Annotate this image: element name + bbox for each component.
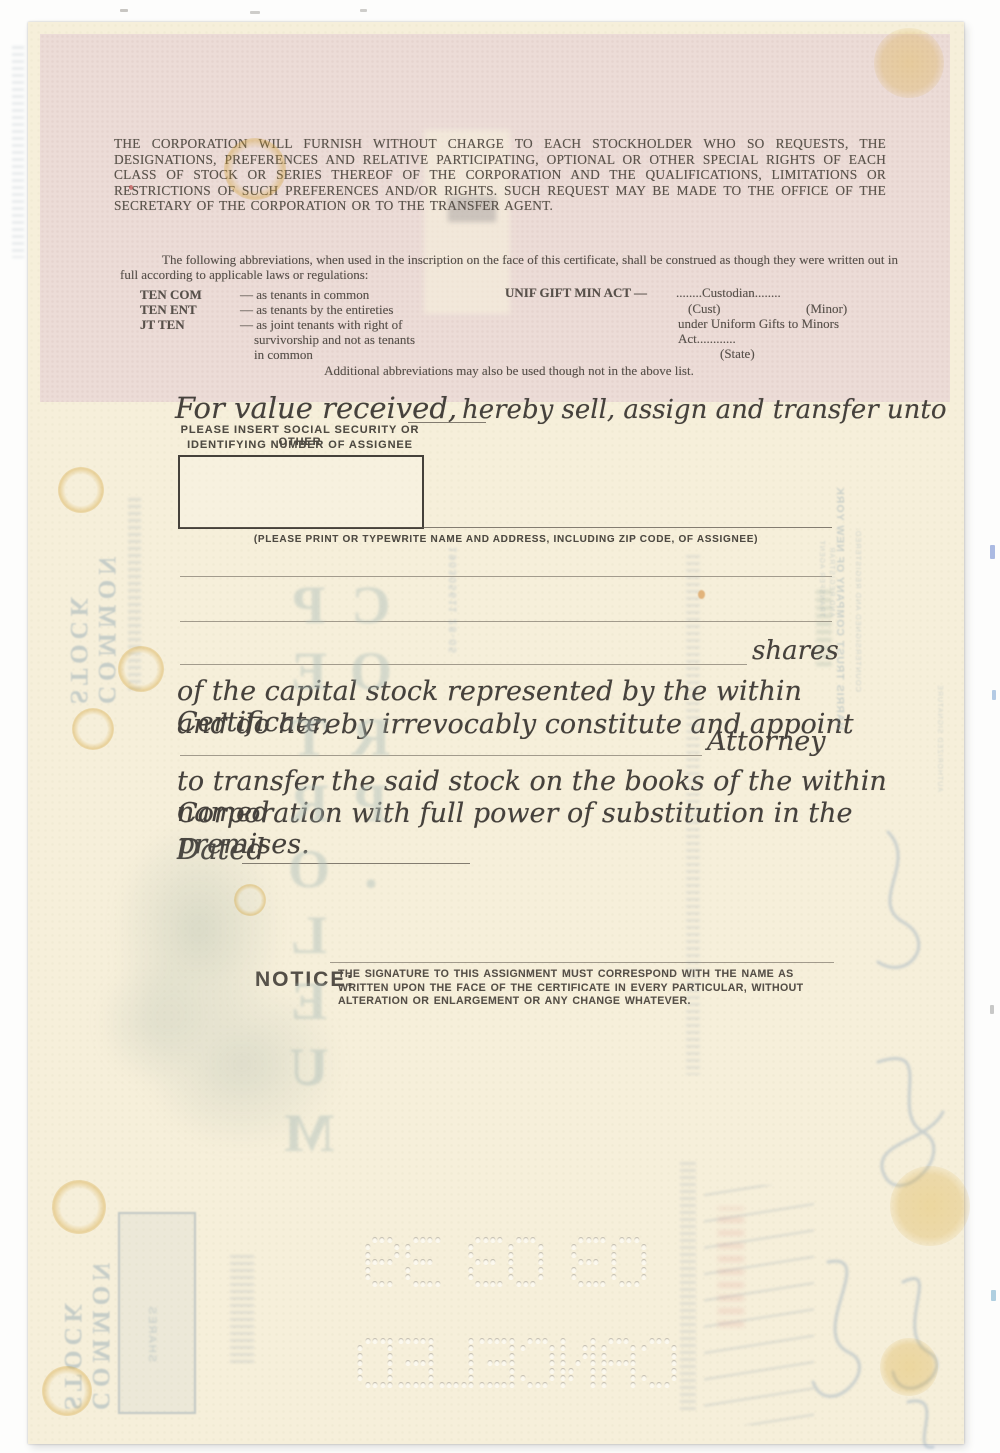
abbrev-term-ten-ent: TEN ENT [140,302,197,317]
unif-gift-label: UNIF GIFT MIN ACT — [505,285,647,300]
scan-background: THE CORPORATION WILL FURNISH WITHOUT CHA… [0,0,1000,1453]
ghost-edge-text-strip [12,46,24,258]
red-speck [129,185,133,190]
certificate-back-paper: THE CORPORATION WILL FURNISH WITHOUT CHA… [28,22,964,1444]
ghost-legal-column-2 [680,1162,696,1412]
orange-speck [698,590,705,599]
abbreviations-intro: The following abbreviations, when used i… [120,252,898,282]
unif-under: under Uniform Gifts to Minors [678,316,839,331]
sell-assign-transfer: hereby sell, assign and transfer unto [462,395,947,425]
edge-artifact-3 [990,1005,994,1014]
ssn-insert-label-2: IDENTIFYING NUMBER OF ASSIGNEE [172,439,428,451]
attorney-word: Attorney [707,726,826,757]
punched-canceled-row [358,1338,677,1387]
top-edge-mark-1 [120,9,128,12]
ghost-common-stock-lower: COMMON STOCK [58,1188,114,1410]
ghost-countersigned: COUNTERSIGNED AND REGISTERED: [854,442,863,692]
notice-text: THE SIGNATURE TO THIS ASSIGNMENT MUST CO… [338,968,838,1009]
abbrev-term-ten-com: TEN COM [140,287,202,302]
attorney-line [180,755,702,756]
top-edge-mark-2 [250,11,260,14]
unif-cust: (Cust) [688,301,721,316]
assignee-line-1 [180,527,832,528]
edge-artifact-2 [992,690,996,700]
ghost-common-stock-upper: COMMON STOCK [64,490,120,704]
unif-state: (State) [720,346,755,361]
abbrev-def-jt-ten-cont1: survivorship and not as tenants [254,332,415,347]
punched-date-row [365,1237,646,1286]
unif-act: Act............ [678,331,736,346]
abbrev-def-ten-com: — as tenants in common [240,287,369,302]
ghost-authorized-signature: AUTHORIZED SIGNATURE [936,622,943,792]
signature-line [330,962,834,963]
ghost-typed-numbers: 190305611 28-05 [448,547,459,687]
ghost-eagle-vignette [68,770,358,1190]
ghost-red-stamp [718,1207,744,1327]
shares-line [180,664,747,665]
ghost-bank-name: HARRIS TRUST COMPANY OF NEW YORK [834,430,846,730]
abbrev-term-jt-ten: JT TEN [140,317,185,332]
abbrev-def-jt-ten-cont2: in common [254,347,313,362]
edge-artifact-1 [990,545,995,559]
furnish-legend-paragraph: THE CORPORATION WILL FURNISH WITHOUT CHA… [114,136,886,214]
abbrev-additional: Additional abbreviations may also be use… [120,363,898,378]
abbrev-def-ten-ent: — as tenants by the entireties [240,302,393,317]
top-edge-mark-3 [360,9,367,12]
edge-artifact-4 [991,1290,996,1301]
print-typewrite-caption: (PLEASE PRINT OR TYPEWRITE NAME AND ADDR… [180,534,832,545]
unif-minor: (Minor) [806,301,847,316]
ghost-date-stamp [816,588,832,666]
ghost-definitions-strip [230,1255,254,1367]
unif-custodian-line: ........Custodian........ [676,285,781,300]
ssn-box [178,455,424,529]
ghost-small-text-strip-left [128,498,141,690]
stain-mid-left-2 [118,646,164,692]
abbrev-def-jt-ten: — as joint tenants with right of [240,317,402,332]
ghost-legal-column [686,555,700,1075]
for-value-received: For value received, [175,391,457,425]
ghost-shares-box: SHARES [118,1212,196,1414]
stain-mid-left-3 [72,708,114,750]
ghost-shares-box-label: SHARES [146,1262,158,1362]
